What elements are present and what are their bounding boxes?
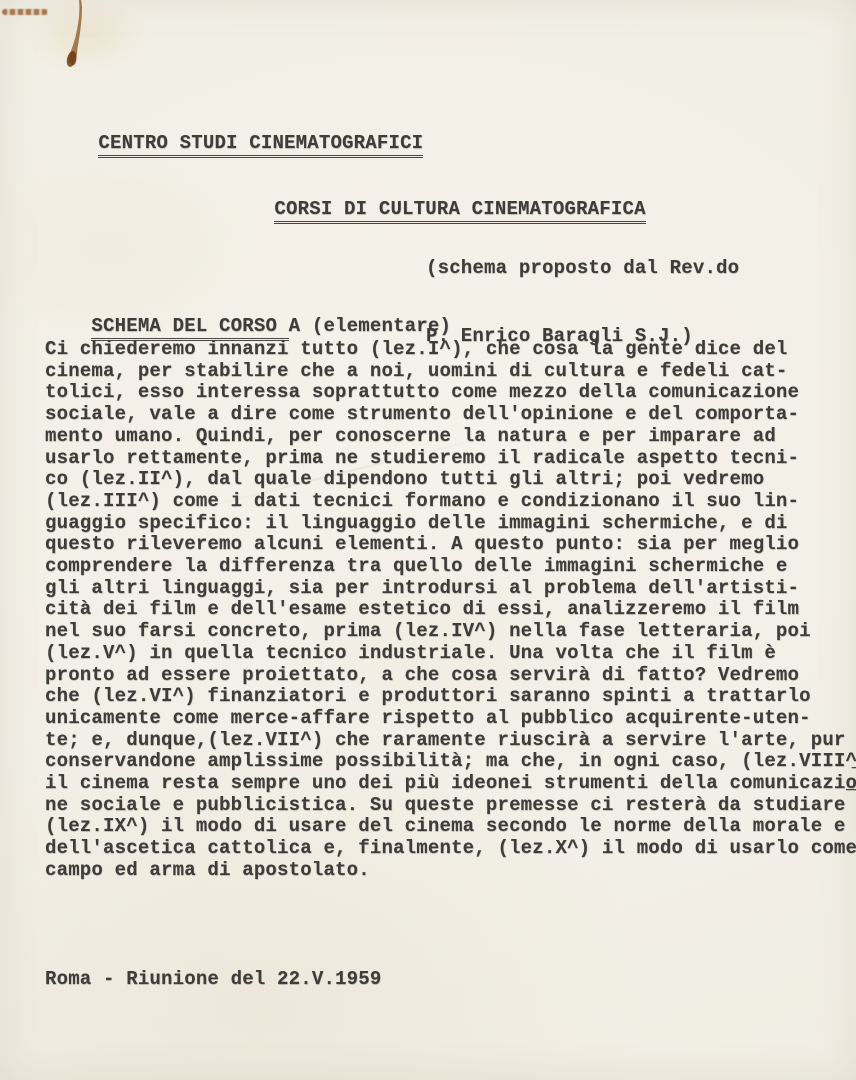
body-line: pronto ad essere proiettato, a che cosa … — [45, 665, 856, 687]
body-line: guaggio specifico: il linguaggio delle i… — [45, 513, 856, 535]
body-line: te; e, dunque,(lez.VII^) che raramente r… — [45, 730, 856, 752]
body-line: ne sociale e pubblicistica. Su queste pr… — [45, 795, 856, 817]
body-line: conservandone amplissime possibilità; ma… — [45, 751, 856, 773]
body-line: Ci chiederemo innanzi tutto (lez.I^), ch… — [45, 339, 856, 361]
body-line: comprendere la differenza tra quello del… — [45, 556, 856, 578]
body-line: (lez.III^) come i dati tecnici formano e… — [45, 491, 856, 513]
body-line: (lez.IX^) il modo di usare del cinema se… — [45, 816, 856, 838]
body-line: usarlo rettamente, prima ne studieremo i… — [45, 448, 856, 470]
body-line: (lez.V^) in quella tecnico industriale. … — [45, 643, 856, 665]
body-line: mento umano. Quindi, per conoscerne la n… — [45, 426, 856, 448]
body-line: tolici, esso interessa soprattutto come … — [45, 382, 856, 404]
body-paragraph: Ci chiederemo innanzi tutto (lez.I^), ch… — [45, 339, 856, 882]
body-line: sociale, vale a dire come strumento dell… — [45, 404, 856, 426]
body-line: unicamente come merce-affare rispetto al… — [45, 708, 856, 730]
attribution-line-1: (schema proposto dal Rev.do — [426, 257, 739, 280]
footer-date: Roma - Riunione del 22.V.1959 — [45, 968, 381, 990]
body-line: co (lez.II^), dal quale dipendono tutti … — [45, 469, 856, 491]
letterhead-text: CENTRO STUDI CINEMATOGRAFICI — [98, 132, 423, 158]
body-line: campo ed arma di apostolato. — [45, 860, 856, 882]
body-line: cità dei film e dell'esame estetico di e… — [45, 599, 856, 621]
body-line: cinema, per stabilire che a noi, uomini … — [45, 361, 856, 383]
scanned-document-page: CENTRO STUDI CINEMATOGRAFICI CORSI DI CU… — [0, 0, 856, 1080]
letterhead: CENTRO STUDI CINEMATOGRAFICI — [52, 110, 423, 176]
body-line: questo rileveremo alcuni elementi. A que… — [45, 534, 856, 556]
body-line: gli altri linguaggi, sia per introdursi … — [45, 578, 856, 600]
rust-stain — [2, 9, 48, 15]
section-heading-rest: A (elementare) — [289, 315, 451, 337]
body-line: il cinema resta sempre uno dei più ideon… — [45, 773, 856, 795]
body-line: che (lez.VI^) finanziatori e produttori … — [45, 686, 856, 708]
body-line: dell'ascetica cattolica e, finalmente, (… — [45, 838, 856, 860]
ink-drip-stain — [58, 0, 92, 74]
body-line: nel suo farsi concreto, prima (lez.IV^) … — [45, 621, 856, 643]
